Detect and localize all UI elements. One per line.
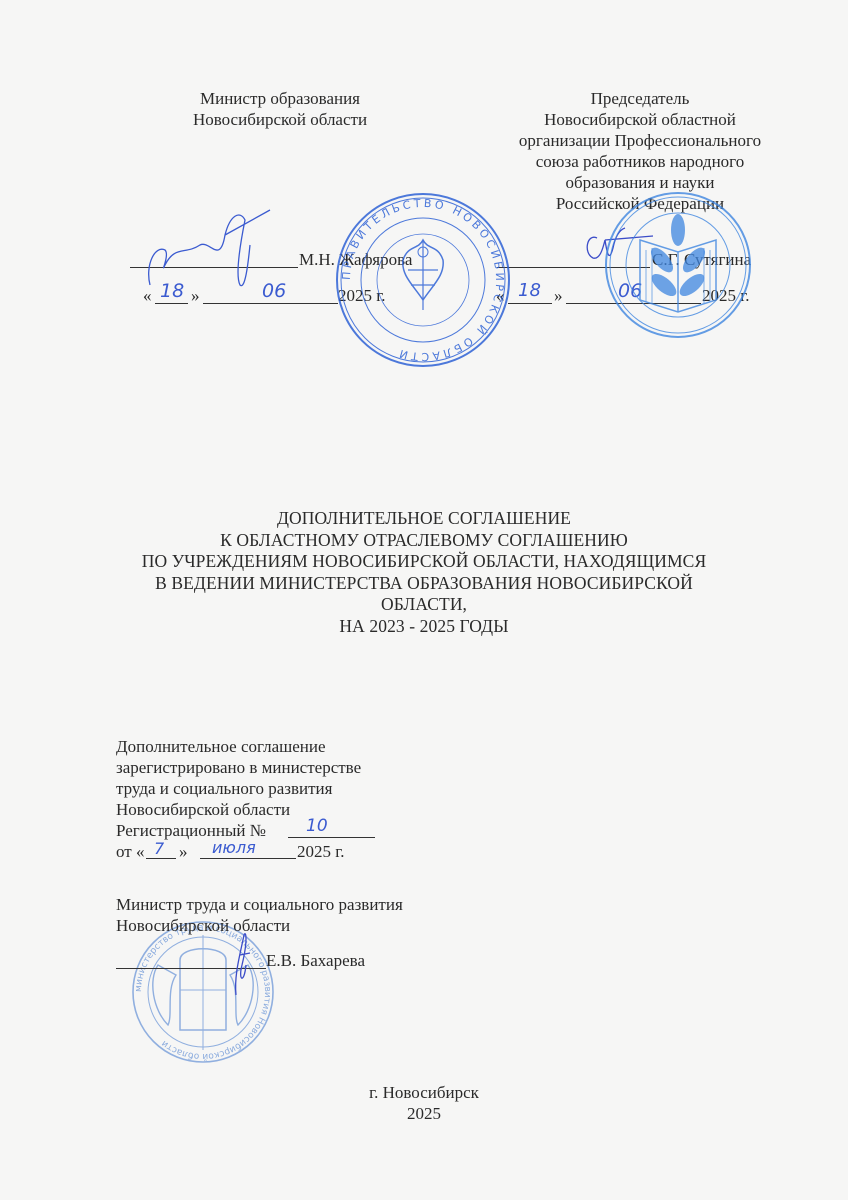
registration-year: 2025 г. [297,841,345,862]
right-date-close-quote: » [554,286,563,306]
right-date-open-quote: « [496,286,505,306]
registration-day: 7 [154,838,164,859]
labor-minister-name: Е.В. Бахарева [266,951,365,971]
registration-block: Дополнительное соглашение зарегистрирова… [116,736,361,862]
position-line: Министр образования [150,88,410,109]
left-date-month: 06 [262,280,286,302]
registration-number-line [288,837,375,838]
position-line: Председатель [470,88,810,109]
title-line: К ОБЛАСТНОМУ ОТРАСЛЕВОМУ СОГЛАШЕНИЮ [100,530,748,552]
position-line: организации Профессионального [470,130,810,151]
labor-minister-position: Министр труда и социального развития Нов… [116,894,403,936]
right-signatory-position: Председатель Новосибирской областной орг… [470,88,810,214]
left-signatory-name: М.Н. Жафярова [299,250,412,270]
left-date-day-line [155,303,188,304]
footer-city: г. Новосибирск [324,1082,524,1103]
right-date-year: 2025 г. [702,286,750,306]
svg-text:ПРАВИТЕЛЬСТВО НОВОСИБИРСКОЙ ОБ: ПРАВИТЕЛЬСТВО НОВОСИБИРСКОЙ ОБЛАСТИ [340,197,506,363]
right-signatory-name: С.Г. Сутягина [652,250,751,270]
registration-line: труда и социального развития [116,778,361,799]
registration-date-mid: » [179,841,188,862]
left-date-day: 18 [160,280,184,302]
registration-line: Дополнительное соглашение [116,736,361,757]
title-line: НА 2023 - 2025 ГОДЫ [100,616,748,638]
position-line: образования и науки [470,172,810,193]
registration-date-prefix: от « [116,842,144,861]
position-line: союза работников народного [470,151,810,172]
stamp-ring-text: ПРАВИТЕЛЬСТВО НОВОСИБИРСКОЙ ОБЛАСТИ [340,197,506,363]
right-date-day-line [508,303,552,304]
right-date-month-line [566,303,701,304]
right-date-month: 06 [618,280,642,302]
position-line: Министр труда и социального развития [116,894,403,915]
position-line: Новосибирской областной [470,109,810,130]
footer-year: 2025 [324,1103,524,1124]
labor-minister-handwritten-signature [226,925,256,1005]
registration-month: июля [212,837,256,858]
left-date-close-quote: » [191,286,200,306]
registration-number-value: 10 [306,816,328,837]
title-line: ОБЛАСТИ, [100,594,748,616]
footer: г. Новосибирск 2025 [324,1082,524,1124]
right-date-day: 18 [518,280,541,301]
right-handwritten-signature [575,218,655,268]
left-signatory-position: Министр образования Новосибирской област… [150,88,410,130]
position-line: Новосибирской области [150,109,410,130]
registration-month-line [200,858,296,859]
left-date-open-quote: « [143,286,152,306]
position-line: Новосибирской области [116,915,403,936]
position-line: Российской Федерации [470,193,810,214]
registration-line: зарегистрировано в министерстве [116,757,361,778]
ministry-education-stamp: ПРАВИТЕЛЬСТВО НОВОСИБИРСКОЙ ОБЛАСТИ [333,190,513,370]
left-date-year: 2025 г. [338,286,386,306]
left-date-month-line [203,303,338,304]
title-line: В ВЕДЕНИИ МИНИСТЕРСТВА ОБРАЗОВАНИЯ НОВОС… [100,573,748,595]
document-title: ДОПОЛНИТЕЛЬНОЕ СОГЛАШЕНИЕ К ОБЛАСТНОМУ О… [100,508,748,637]
title-line: ПО УЧРЕЖДЕНИЯМ НОВОСИБИРСКОЙ ОБЛАСТИ, НА… [100,551,748,573]
title-line: ДОПОЛНИТЕЛЬНОЕ СОГЛАШЕНИЕ [100,508,748,530]
